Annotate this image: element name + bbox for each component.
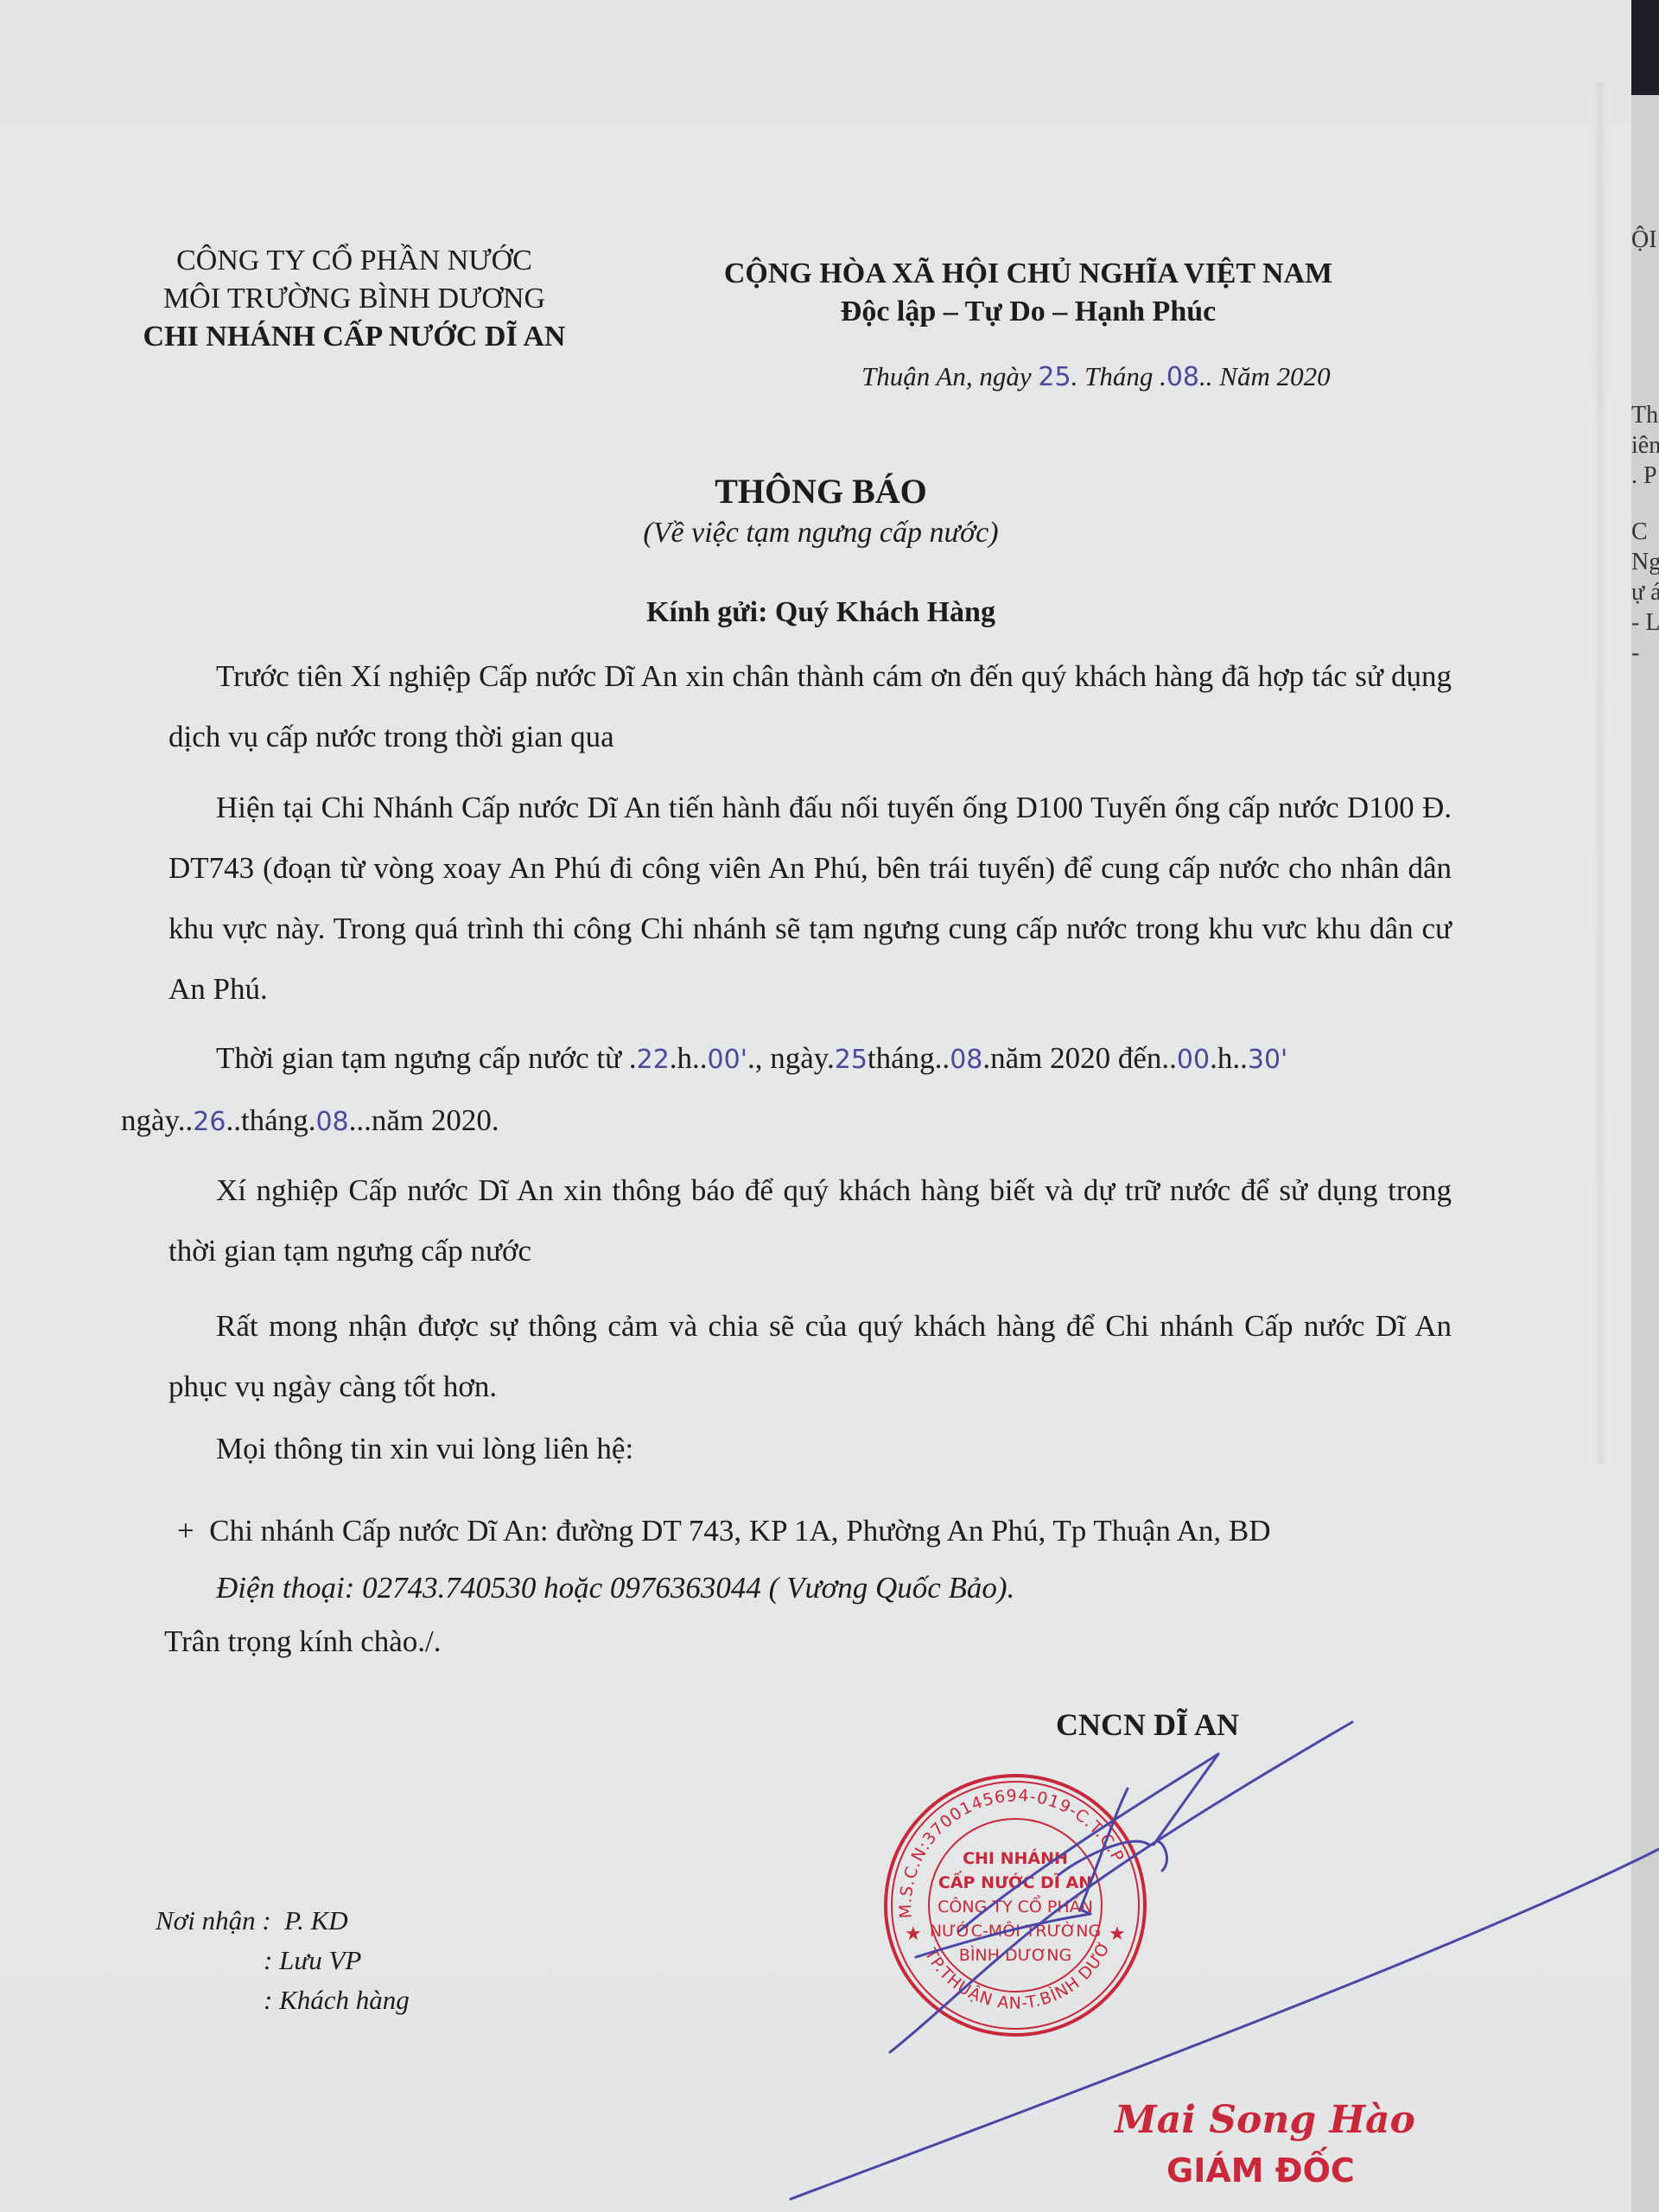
national-motto: Độc lập – Tự Do – Hạnh Phúc <box>674 293 1382 331</box>
paragraph-works: Hiện tại Chi Nhánh Cấp nước Dĩ An tiến h… <box>168 778 1452 1020</box>
date-year-label: .. Năm 2020 <box>1199 361 1331 391</box>
organization-header: CÔNG TY CỔ PHẦN NƯỚC MÔI TRƯỜNG BÌNH DƯƠ… <box>112 242 596 356</box>
handwritten-end-month: 08 <box>315 1107 348 1137</box>
handwritten-end-day: 26 <box>193 1107 226 1137</box>
recipient-row: : Khách hàng <box>156 1980 410 2020</box>
recipients-label: Nơi nhận : <box>156 1905 271 1935</box>
underlying-text: - L <box>1631 609 1659 637</box>
day-label: ., ngày. <box>747 1041 835 1075</box>
org-name-line: CÔNG TY CỔ PHẦN NƯỚC <box>112 242 596 280</box>
contact-intro: Mọi thông tin xin vui lòng liên hệ: <box>216 1432 633 1466</box>
stamp-center-line: NƯỚC-MÔI TRƯỜNG <box>930 1920 1101 1941</box>
handwritten-start-day: 25 <box>835 1045 868 1075</box>
bullet-plus: + <box>177 1514 194 1548</box>
paragraph-appreciation: Rất mong nhận được sự thông cảm và chia … <box>168 1296 1452 1417</box>
contact-phone: Điện thoại: 02743.740530 hoặc 0976363044… <box>216 1571 1014 1605</box>
page-fold-shadow <box>1594 82 1606 1465</box>
date-month-label: . Tháng . <box>1071 361 1166 391</box>
underlying-text: . P <box>1631 462 1657 490</box>
background-dark-corner <box>1631 0 1659 97</box>
closing-remark: Trân trọng kính chào./. <box>164 1624 442 1659</box>
paragraph: Xí nghiệp Cấp nước Dĩ An xin thông báo đ… <box>168 1160 1452 1281</box>
recipient-row: : Lưu VP <box>156 1941 410 1980</box>
handwritten-day: 25 <box>1038 362 1071 392</box>
document-title: THÔNG BÁO <box>518 471 1123 512</box>
director-title-stamp: GIÁM ĐỐC <box>1166 2152 1355 2190</box>
signatory-organization: CNCN DĨ AN <box>1056 1707 1239 1743</box>
day-label: ngày.. <box>121 1103 193 1137</box>
underlying-text: ự á <box>1631 579 1659 607</box>
underlying-text: iên <box>1631 432 1659 460</box>
paragraph: Hiện tại Chi Nhánh Cấp nước Dĩ An tiến h… <box>168 778 1452 1020</box>
handwritten-start-minute: 00' <box>708 1045 747 1075</box>
underlying-text: ỘI <box>1631 226 1657 254</box>
hour-label: .h.. <box>670 1041 708 1075</box>
schedule-paragraph: Thời gian tạm ngưng cấp nước từ .22.h..0… <box>168 1028 1452 1153</box>
national-header: CỘNG HÒA XÃ HỘI CHỦ NGHĨA VIỆT NAM Độc l… <box>674 255 1382 331</box>
handwritten-month: 08 <box>1166 362 1199 392</box>
year-to-label: .năm 2020 đến.. <box>982 1041 1177 1075</box>
handwritten-start-hour: 22 <box>637 1045 670 1075</box>
month-label: tháng.. <box>868 1041 950 1075</box>
handwritten-end-minute: 30' <box>1248 1045 1287 1075</box>
org-name-line: MÔI TRƯỜNG BÌNH DƯƠNG <box>112 280 596 318</box>
director-name-stamp: Mai Song Hào <box>1115 2098 1415 2142</box>
schedule-line: Thời gian tạm ngưng cấp nước từ .22.h..0… <box>168 1028 1452 1153</box>
recipients-list: Nơi nhận : P. KD : Lưu VP : Khách hàng <box>156 1901 410 2020</box>
underlying-text: - <box>1631 639 1639 667</box>
month-label: ..tháng. <box>226 1103 315 1137</box>
stamp-center-line: CHI NHÁNH <box>963 1848 1068 1868</box>
place-date: Thuận An, ngày 25. Tháng .08.. Năm 2020 <box>861 361 1331 392</box>
schedule-prefix: Thời gian tạm ngưng cấp nước từ . <box>216 1041 637 1075</box>
handwritten-end-hour: 00 <box>1177 1045 1210 1075</box>
date-prefix: Thuận An, ngày <box>861 361 1038 391</box>
year-label: ...năm 2020. <box>349 1103 499 1137</box>
hour-label: .h.. <box>1210 1041 1248 1075</box>
contact-address: + Chi nhánh Cấp nước Dĩ An: đường DT 743… <box>177 1514 1271 1548</box>
underlying-text: Ngh <box>1631 549 1659 576</box>
handwritten-start-month: 08 <box>950 1045 982 1075</box>
stamp-center-line: BÌNH DƯƠNG <box>959 1945 1071 1965</box>
svg-text:★: ★ <box>1109 1923 1126 1945</box>
recipient-row: Nơi nhận : P. KD <box>156 1901 410 1941</box>
paragraph: Trước tiên Xí nghiệp Cấp nước Dĩ An xin … <box>168 646 1452 767</box>
svg-text:★: ★ <box>905 1923 922 1945</box>
document-subtitle: (Về việc tạm ngưng cấp nước) <box>518 517 1123 550</box>
recipient-item: P. KD <box>284 1905 348 1935</box>
paragraph-notice: Xí nghiệp Cấp nước Dĩ An xin thông báo đ… <box>168 1160 1452 1281</box>
underlying-text: Th <box>1631 402 1658 429</box>
address-text: Chi nhánh Cấp nước Dĩ An: đường DT 743, … <box>209 1514 1270 1548</box>
national-title: CỘNG HÒA XÃ HỘI CHỦ NGHĨA VIỆT NAM <box>674 255 1382 293</box>
red-seal-stamp: M.S.C.N:3700145694-019-C.T.C.P TP.THUẬN … <box>877 1767 1154 2044</box>
paragraph: Rất mong nhận được sự thông cảm và chia … <box>168 1296 1452 1417</box>
stamp-center-line: CẤP NƯỚC DĨ AN <box>938 1870 1092 1892</box>
stamp-center-line: CÔNG TY CỔ PHẦN <box>938 1894 1093 1916</box>
underlying-text: C <box>1631 518 1648 546</box>
paragraph-thanks: Trước tiên Xí nghiệp Cấp nước Dĩ An xin … <box>168 646 1452 767</box>
branch-name: CHI NHÁNH CẤP NƯỚC DĨ AN <box>112 318 596 356</box>
salutation: Kính gửi: Quý Khách Hàng <box>518 596 1123 629</box>
